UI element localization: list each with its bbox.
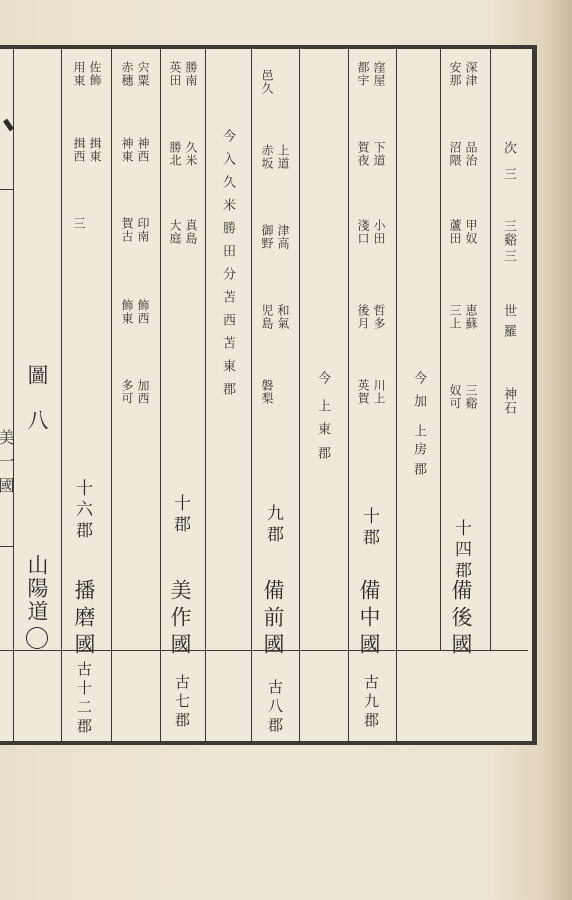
district-note: 次: [502, 141, 515, 155]
district-entry: 安那: [448, 61, 461, 87]
district-entry: 三上: [448, 304, 461, 330]
district-entry: 加西: [136, 379, 149, 405]
district-entry: 英田: [168, 61, 181, 87]
district-count: 十郡: [170, 494, 190, 536]
district-entry: 揖東: [88, 137, 101, 163]
column-rule: [13, 49, 14, 741]
district-note: 今入久米勝田分苫西苫東郡: [221, 129, 234, 405]
old-district-note: 古八郡: [265, 679, 285, 736]
district-note: 三: [502, 249, 515, 263]
region-circle-marker: [26, 627, 48, 649]
column-rule: [348, 49, 349, 741]
district-entry: 小田: [372, 219, 385, 245]
district-entry: 賀古: [120, 217, 133, 243]
column-rule: [61, 49, 62, 741]
old-district-note: 古十二郡: [74, 661, 94, 737]
district-note: 加: [412, 394, 425, 408]
district-note: 羅: [502, 324, 515, 338]
district-entry: 飾東: [120, 299, 133, 325]
province-title: 美作國: [168, 579, 192, 660]
district-entry: 神西: [136, 137, 149, 163]
district-entry: 和氣: [276, 304, 289, 330]
district-entry: 勝南: [184, 61, 197, 87]
column-rule: [299, 49, 300, 741]
district-note: 上: [412, 424, 425, 438]
district-entry: 多可: [120, 379, 133, 405]
province-title: 備中國: [357, 579, 381, 660]
district-entry: 久米: [184, 141, 197, 167]
district-entry: 大庭: [168, 219, 181, 245]
district-note: 上東: [316, 399, 329, 445]
district-entry: 勝北: [168, 141, 181, 167]
district-note: 三: [502, 167, 515, 181]
district-entry: 上道: [276, 144, 289, 170]
province-title: 備前國: [261, 579, 285, 660]
district-entry: 神東: [120, 137, 133, 163]
district-entry: 淺口: [356, 219, 369, 245]
district-entry: 下道: [372, 141, 385, 167]
district-note: 今: [412, 371, 425, 385]
district-note: 郡: [412, 462, 425, 476]
district-entry: 後月: [356, 304, 369, 330]
district-entry: 都宇: [356, 61, 369, 87]
district-note: 今: [316, 371, 329, 394]
old-district-note: 古九郡: [361, 674, 381, 731]
district-entry: 蘆田: [448, 219, 461, 245]
district-entry: 磐梨: [260, 379, 273, 405]
column-rule: [205, 49, 206, 741]
district-entry: 哲多: [372, 304, 385, 330]
province-title: 播磨國: [72, 579, 96, 660]
column-1-label: 圖: [25, 364, 49, 391]
district-entry: 赤穗: [120, 61, 133, 87]
row-divider-left: [0, 546, 13, 547]
district-entry: 深津: [464, 61, 477, 87]
district-count: 十六郡: [72, 479, 92, 542]
district-entry: 印南: [136, 217, 149, 243]
district-entry: 三谿: [464, 384, 477, 410]
column-rule: [111, 49, 112, 741]
region-heading: 山陽道: [25, 554, 49, 623]
district-entry: 三: [72, 217, 85, 230]
district-entry: 御野: [260, 224, 273, 250]
district-entry: 赤坂: [260, 144, 273, 170]
district-entry: 川上: [372, 379, 385, 405]
column-1-number: 八: [25, 409, 49, 436]
district-note: 世: [502, 304, 515, 318]
district-count: 十四郡: [451, 519, 471, 582]
district-entry: 沼隈: [448, 141, 461, 167]
page-edge-shadow: [542, 0, 572, 900]
province-index-table: 美一國 圖 八 山陽道 用東 佐飾 揖西 揖東 三 十六郡 播磨國 古十二郡 赤…: [0, 45, 537, 745]
district-entry: 真島: [184, 219, 197, 245]
district-entry: 飾西: [136, 299, 149, 325]
district-entry: 賀夜: [356, 141, 369, 167]
row-divider-left: [0, 189, 13, 190]
column-rule: [160, 49, 161, 741]
column-rule: [396, 49, 397, 741]
district-entry: 津高: [276, 224, 289, 250]
district-entry: 窪屋: [372, 61, 385, 87]
province-title: 備後國: [449, 579, 473, 660]
district-entry: 英賀: [356, 379, 369, 405]
district-entry: 恵蘇: [464, 304, 477, 330]
district-entry: 品治: [464, 141, 477, 167]
district-note: 神石: [502, 387, 515, 415]
partial-column-text: 美一國: [0, 429, 14, 501]
column-rule: [490, 49, 491, 651]
district-note: 房: [412, 442, 425, 456]
district-entry: 佐飾: [88, 61, 101, 87]
column-rule: [440, 49, 441, 651]
district-count: 九郡: [263, 504, 283, 546]
district-note: 郡: [316, 446, 329, 469]
district-entry: 邑久: [260, 69, 273, 95]
district-entry: 宍粟: [136, 61, 149, 87]
district-entry: 奴可: [448, 384, 461, 410]
district-entry: 児島: [260, 304, 273, 330]
column-rule: [251, 49, 252, 741]
district-note: 三谿: [502, 219, 515, 247]
old-district-note: 古七郡: [172, 674, 192, 731]
district-entry: 用東: [72, 61, 85, 87]
district-entry: 揖西: [72, 137, 85, 163]
district-entry: 甲奴: [464, 219, 477, 245]
district-count: 十郡: [359, 507, 379, 549]
